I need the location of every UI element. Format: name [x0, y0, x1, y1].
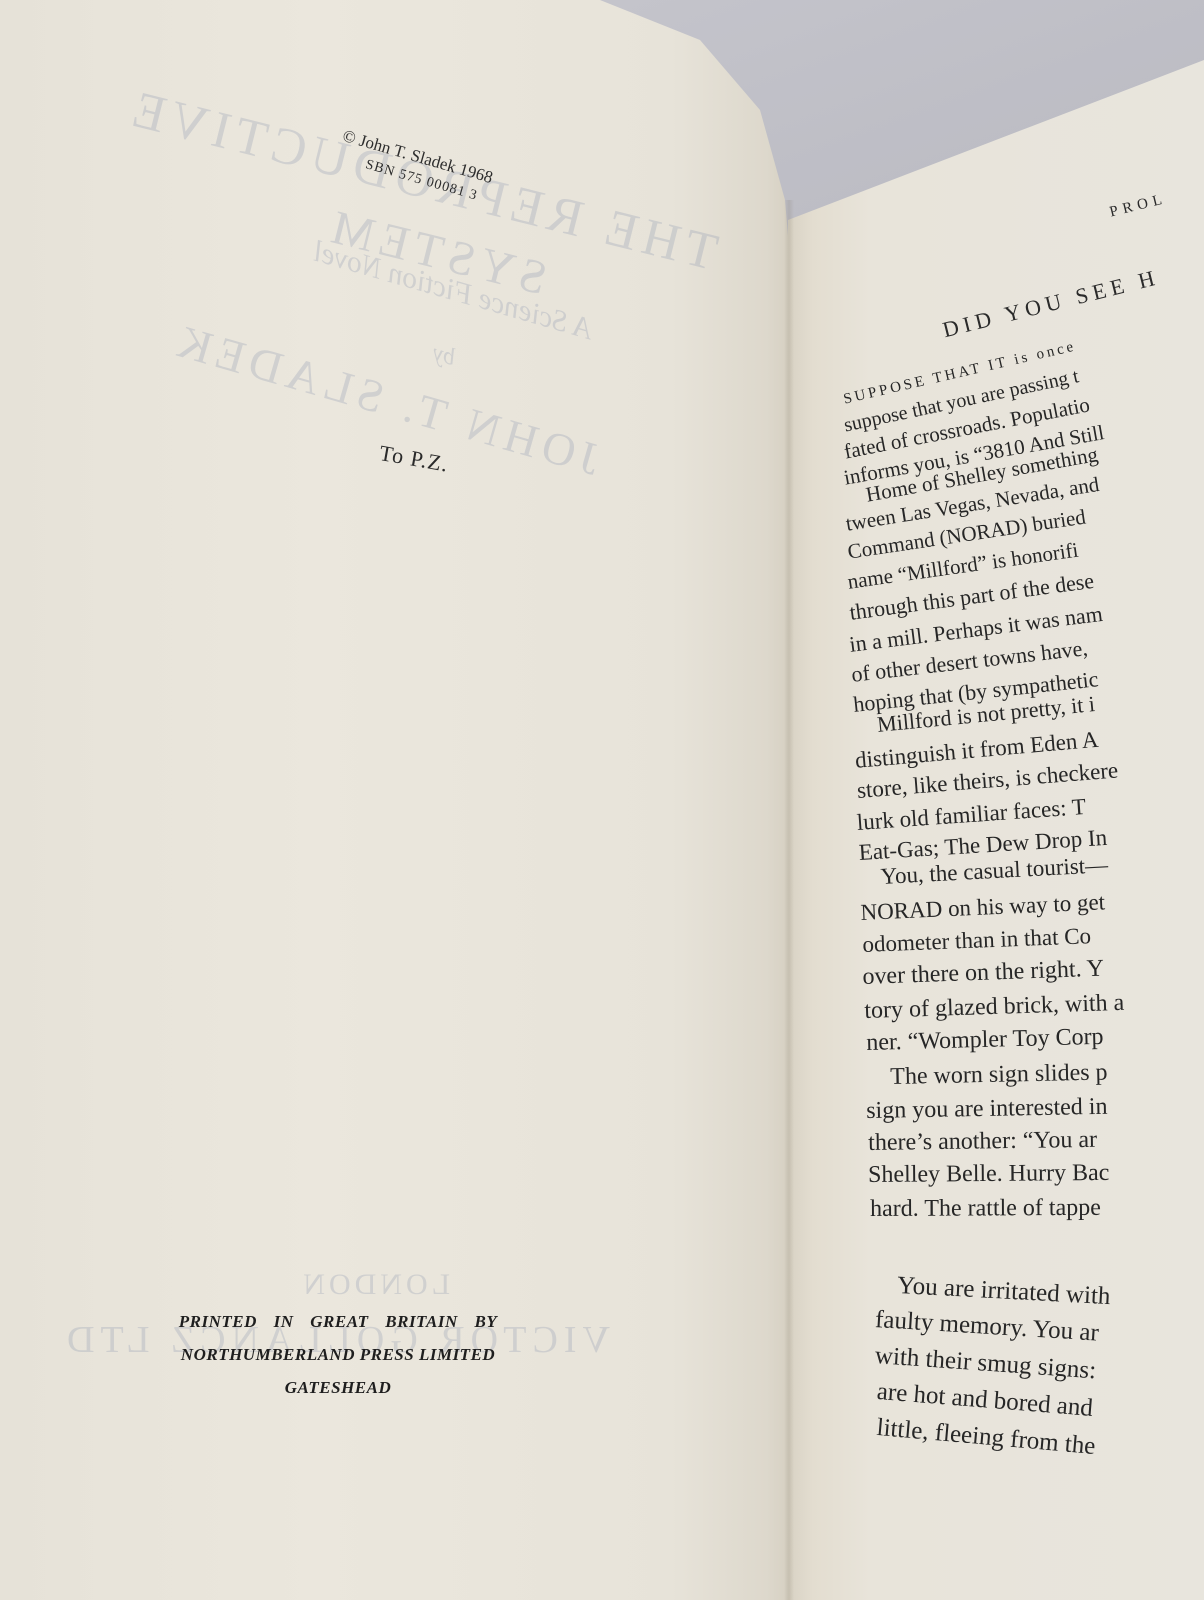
body-line: The worn sign slides p [890, 1059, 1108, 1091]
left-page: THE REPRODUCTIVE SYSTEM A Science Fictio… [0, 0, 790, 1600]
dedication: To P.Z. [377, 440, 450, 478]
printer-line-2: NORTHUMBERLAND PRESS LIMITED [138, 1338, 538, 1371]
body-line: hard. The rattle of tappe [870, 1195, 1101, 1223]
body-line: Shelley Belle. Hurry Bac [868, 1160, 1109, 1189]
body-line: sign you are interested in [866, 1094, 1108, 1125]
printer-line-3: GATESHEAD [138, 1371, 538, 1404]
printer-imprint: PRINTED IN GREAT BRITAIN BY NORTHUMBERLA… [138, 1305, 538, 1404]
showthrough-by: by [429, 340, 458, 372]
showthrough-city: LONDON [299, 1268, 450, 1302]
body-line: there’s another: “You ar [868, 1127, 1097, 1157]
printer-line-1: PRINTED IN GREAT BRITAIN BY [138, 1305, 538, 1338]
book-gutter [784, 200, 794, 1600]
